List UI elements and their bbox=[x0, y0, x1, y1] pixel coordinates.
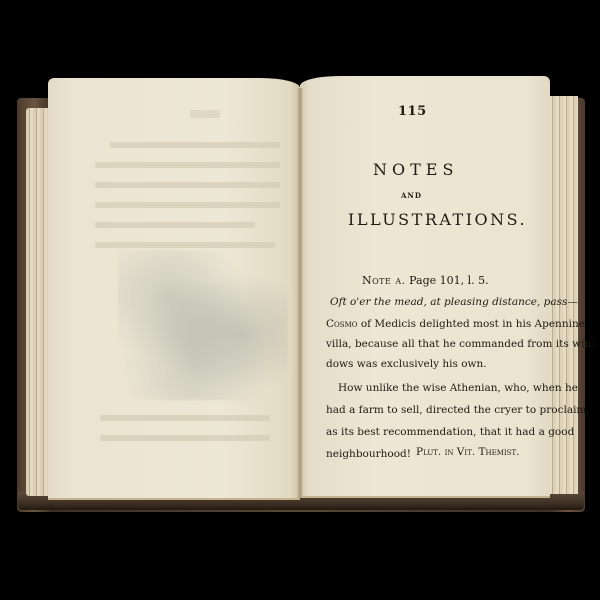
ghost-text-line bbox=[95, 182, 280, 188]
body-line: dows was exclusively his own. bbox=[326, 358, 487, 370]
ghost-illustration bbox=[118, 250, 288, 400]
book-gutter bbox=[297, 88, 303, 498]
title-and: AND bbox=[401, 191, 422, 200]
page-number: 115 bbox=[398, 104, 427, 119]
body-line: had a farm to sell, directed the cryer t… bbox=[326, 404, 590, 416]
left-page-number-ghost bbox=[190, 110, 220, 118]
body-line: villa, because all that he commanded fro… bbox=[326, 338, 595, 350]
citation: Plut. in Vit. Themist. bbox=[416, 446, 519, 458]
ghost-text-line bbox=[110, 142, 280, 148]
note-label: Note a. bbox=[362, 274, 406, 287]
title-illustrations: ILLUSTRATIONS. bbox=[348, 210, 527, 229]
quote-line: Oft o'er the mead, at pleasing distance,… bbox=[330, 296, 578, 308]
name-cosmo: Cosmo bbox=[326, 318, 357, 330]
ghost-text-line bbox=[95, 242, 275, 248]
ghost-text-line bbox=[100, 435, 270, 441]
body-line: How unlike the wise Athenian, who, when … bbox=[338, 382, 578, 394]
ghost-text-line bbox=[95, 162, 280, 168]
note-heading: Note a. Page 101, l. 5. bbox=[362, 274, 489, 287]
ghost-text-line bbox=[100, 415, 270, 421]
body-line: as its best recommendation, that it had … bbox=[326, 426, 574, 438]
body-line: Cosmo of Medicis delighted most in his A… bbox=[326, 318, 585, 330]
body-line: neighbourhood! bbox=[326, 448, 411, 460]
open-book: 115 NOTES AND ILLUSTRATIONS. Note a. Pag… bbox=[0, 0, 600, 600]
ghost-text-line bbox=[95, 222, 255, 228]
note-reference: Page 101, l. 5. bbox=[409, 274, 489, 287]
ghost-text-line bbox=[95, 202, 280, 208]
title-notes: NOTES bbox=[373, 160, 458, 179]
